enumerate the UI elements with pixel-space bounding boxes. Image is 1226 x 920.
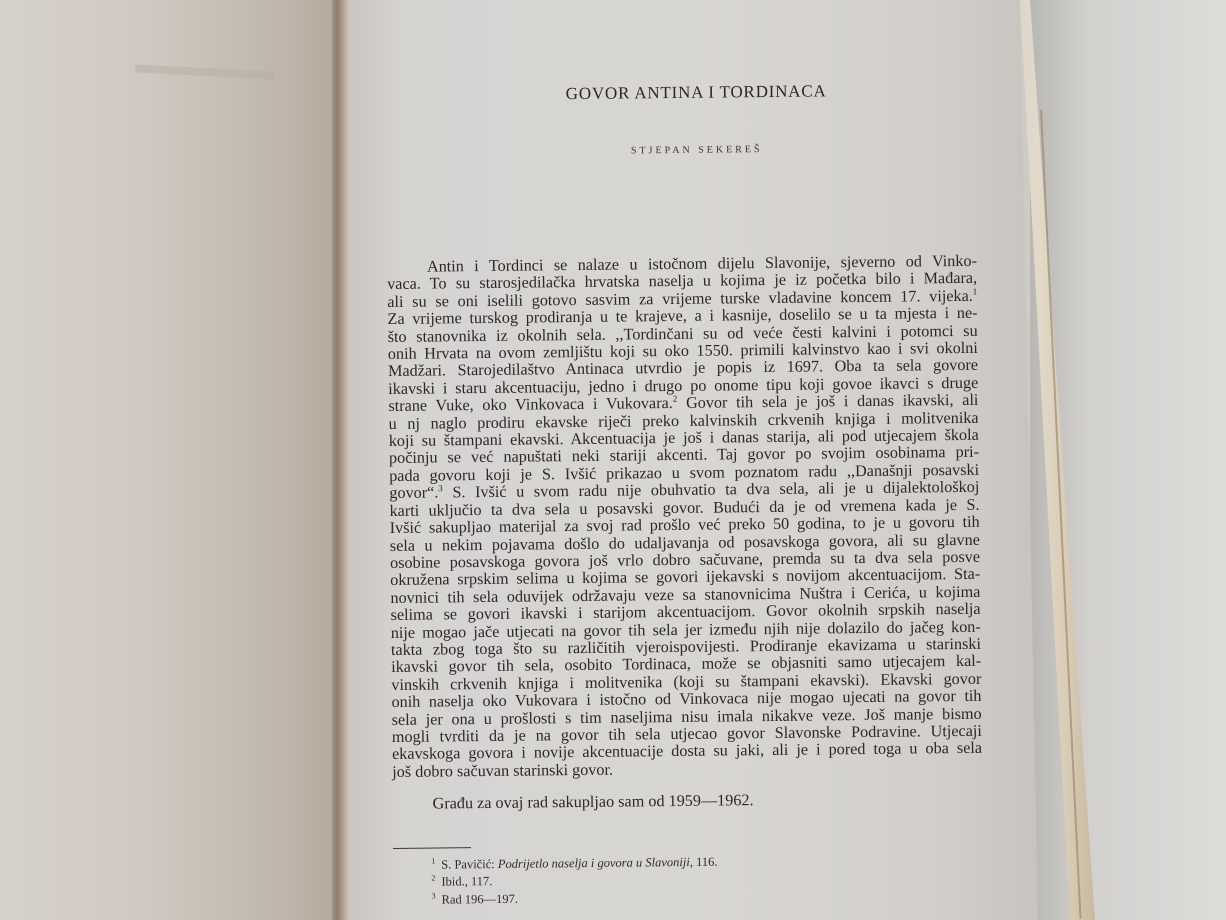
footnote-title: Podrijetlo naselja i govora u Slavoniji <box>498 855 690 871</box>
book-gutter <box>332 0 350 920</box>
closing-paragraph: Građu za ovaj rad sakupljao sam od 1959—… <box>392 789 992 814</box>
footnote-page: , 116. <box>690 855 718 869</box>
book-photo: GOVOR ANTINA I TORDINACA STJEPAN SEKEREŠ… <box>0 0 1226 920</box>
article-body: Antin i Tordinci se nalaze u istočnom di… <box>387 253 992 781</box>
article-title: GOVOR ANTINA I TORDINACA <box>385 80 985 106</box>
article-author: STJEPAN SEKEREŠ <box>386 142 986 159</box>
body-line: još dobro sačuvan starinski govor. <box>392 758 982 782</box>
left-page-blank <box>0 0 340 920</box>
body-text: govor“. <box>389 484 438 503</box>
footnote-text: Rad 196—197. <box>442 891 519 906</box>
footnotes: 1S. Pavičić: Podrijetlo naselja i govora… <box>393 849 994 907</box>
page-content: GOVOR ANTINA I TORDINACA STJEPAN SEKEREŠ… <box>385 74 994 907</box>
footnote-divider <box>393 847 471 849</box>
footnote-number: 2 <box>431 874 435 883</box>
footnote-text: Ibid., 117. <box>441 874 492 889</box>
footnote-ref-1: 1 <box>973 286 978 296</box>
footnote-number: 3 <box>431 891 435 900</box>
show-through-text <box>135 64 275 79</box>
footnote-author: S. Pavičić: <box>441 857 498 872</box>
footnote-number: 1 <box>431 857 435 866</box>
